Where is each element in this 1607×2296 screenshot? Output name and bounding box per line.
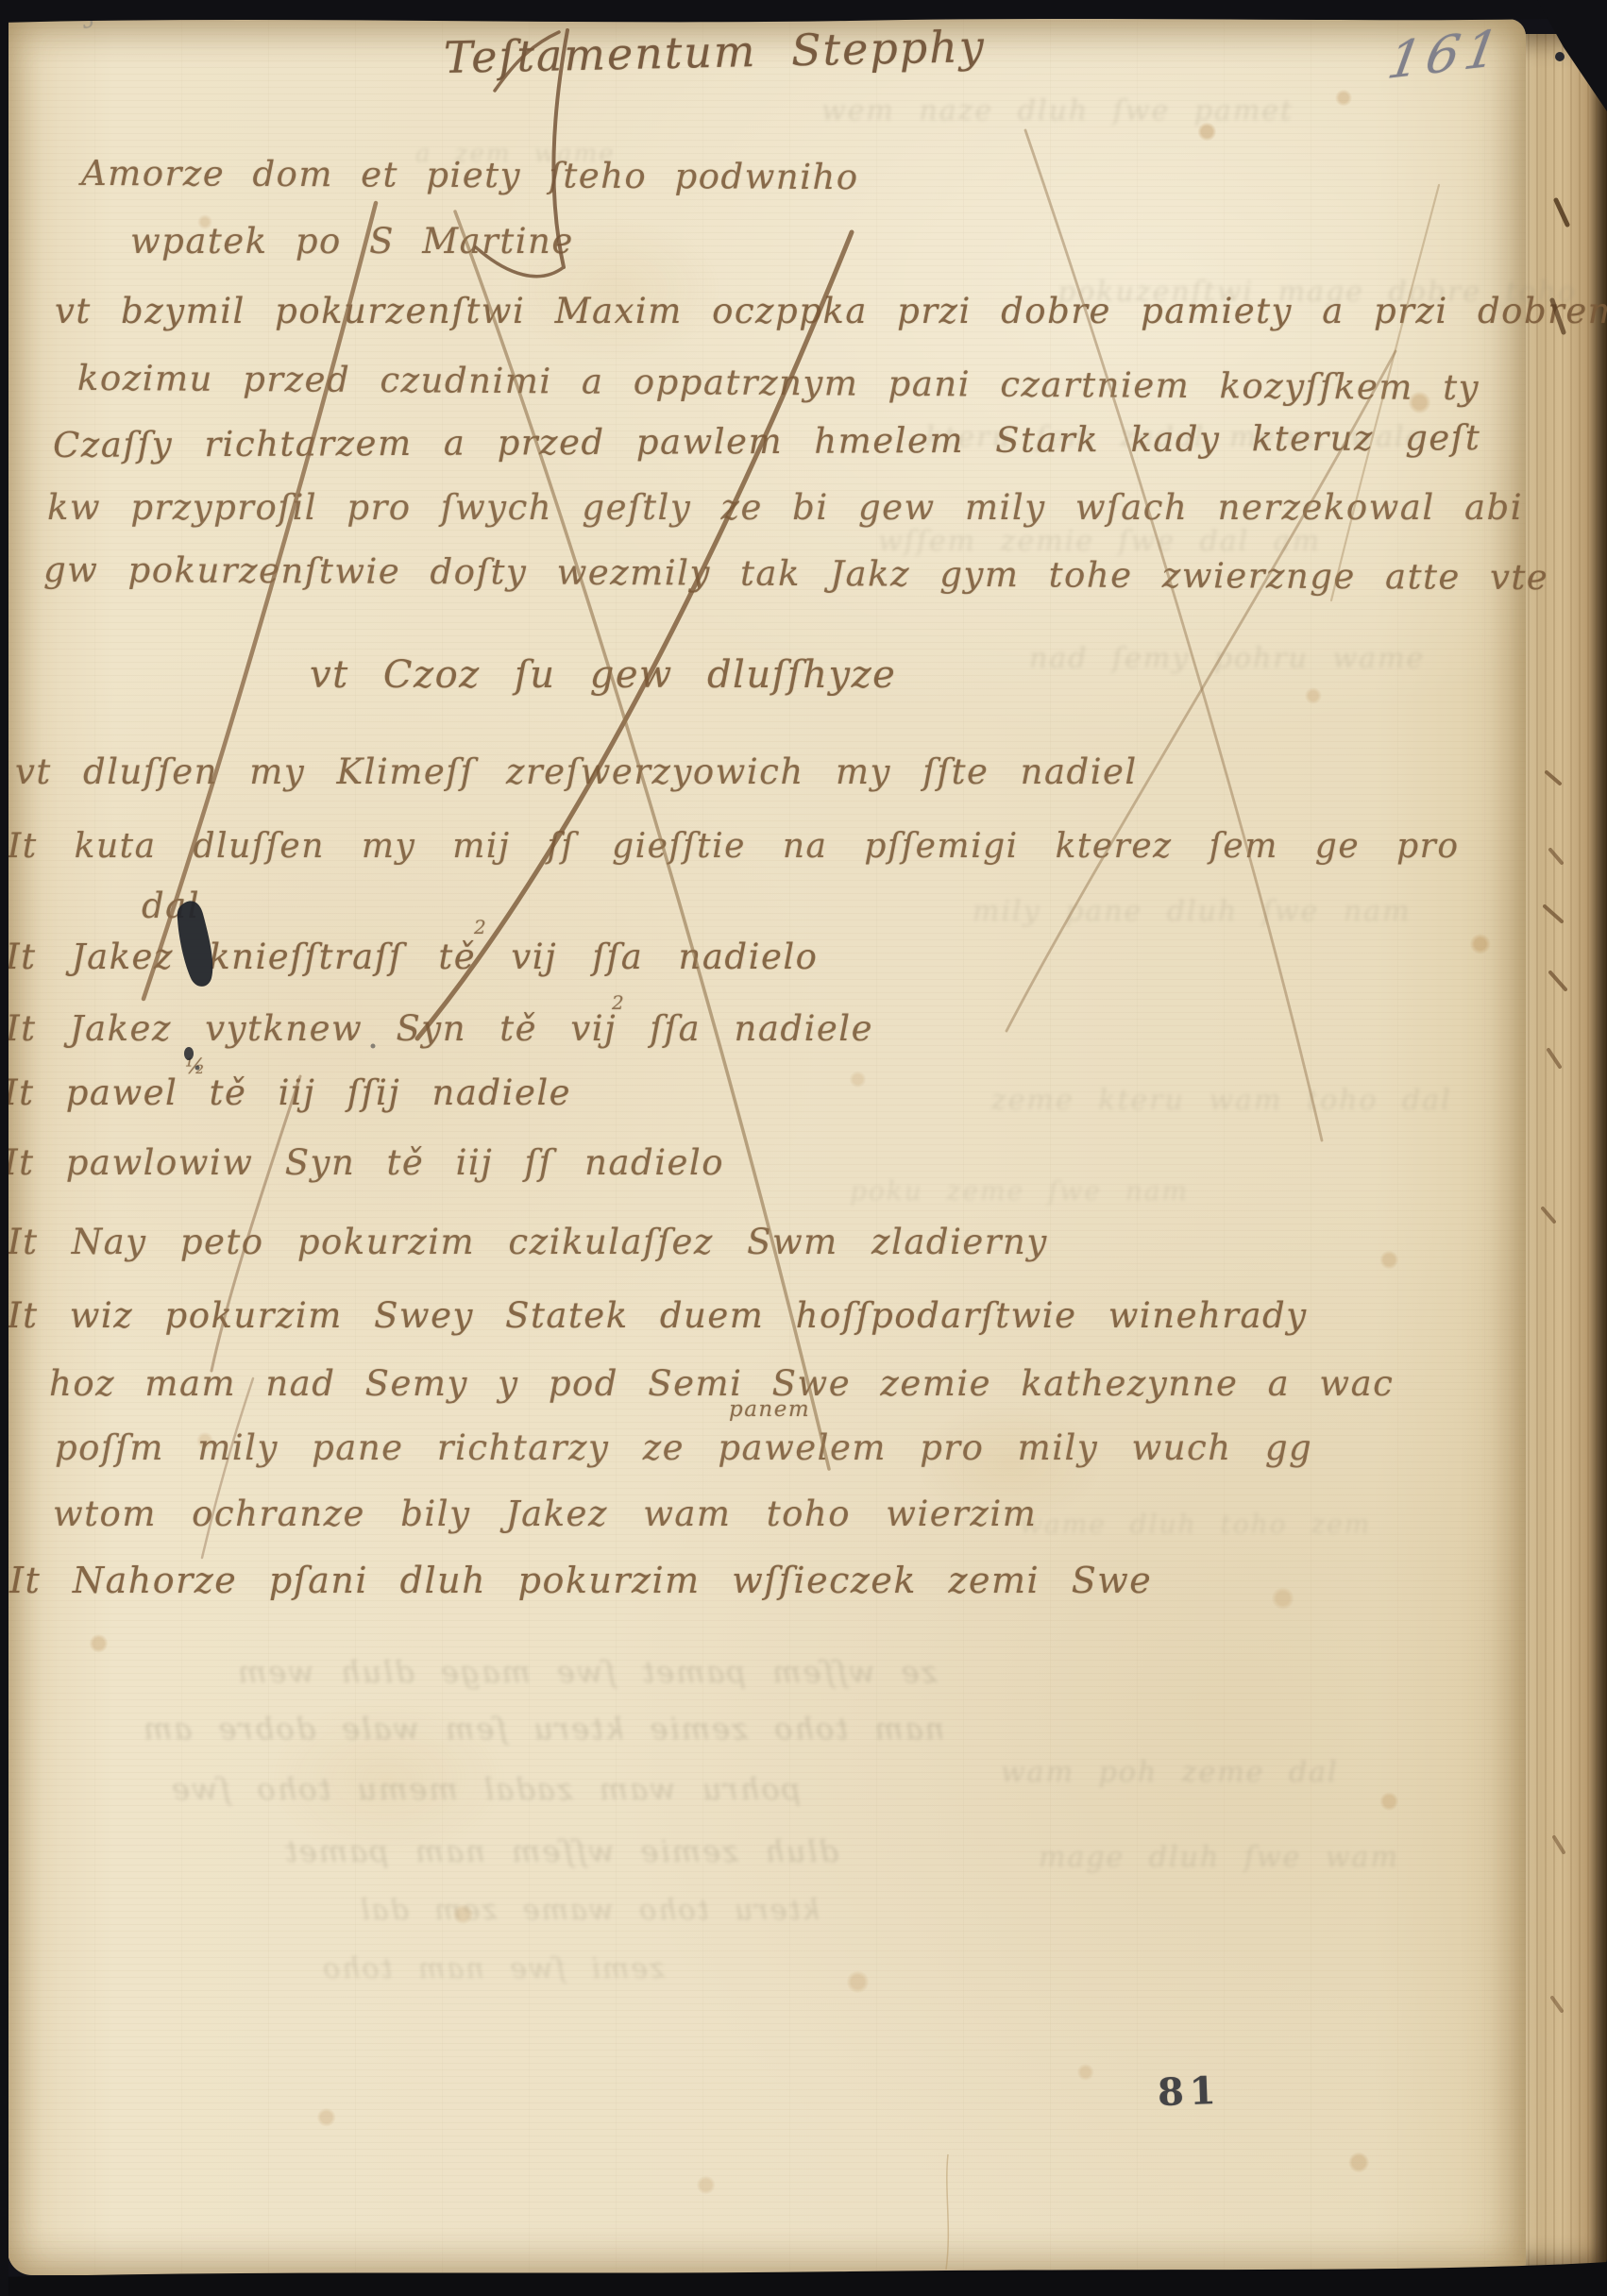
debt-item-continuation: dal: [142, 886, 200, 926]
ghost-text: nad ſemy pohru wame: [1029, 642, 1425, 675]
debt-item: It wiz pokurzim Swey Statek duem hoſſpod…: [8, 1295, 1308, 1336]
ghost-text: wem naze dluh ſwe pamet: [821, 94, 1294, 127]
opening-line: wpatek po S Martine: [130, 221, 574, 262]
ghost-text: mily pane dluh ſwe nam: [973, 895, 1412, 928]
body-line: Czaſſy richtarzem a przed pawlem hmelem …: [53, 417, 1481, 465]
debt-item: It Jakez vytknew Syn tě vij ſſa nadiele: [6, 1008, 873, 1049]
body-line: vt bzymil pokurzenſtwi Maxim oczppka prz…: [55, 291, 1607, 331]
debt-item: wtom ochranze bily Jakez wam toho wierzi…: [53, 1494, 1037, 1534]
ghost-text: pohru wam zadal memu toho ſwe: [170, 1771, 801, 1807]
ghost-text: wam poh zeme dal: [1001, 1756, 1339, 1789]
ghost-text: mage dluh ſwe wam: [1039, 1841, 1399, 1874]
opening-line: Amorze dom et piety ſteho podwniho: [81, 153, 859, 197]
ghost-text: zemi ſwe nam toho: [321, 1952, 665, 1985]
ghost-text: zeme kteru wam toho dal: [991, 1084, 1452, 1117]
debt-item: It Jakez knieſſtraſſ tě vij ſſa nadielo: [6, 937, 818, 977]
debt-item: It kuta dluſſen my mij ſſ gieſſtie na pſ…: [8, 827, 1460, 866]
ghost-text: kteru toho wame zem dal: [359, 1894, 820, 1927]
debt-item: vt dluſſen my Klimeſſ zreſwerzyowich my …: [15, 751, 1138, 792]
ghost-text: wſſem zemie ſwe dal am: [878, 525, 1321, 558]
archive-number: 81: [1157, 2068, 1222, 2115]
debt-item: It Nahorze pſani dluh pokurzim wſſieczek…: [9, 1560, 1152, 1601]
ghost-text: dluh zemie wſſem nam pamet: [283, 1833, 838, 1869]
debt-item: poſſm mily pane richtarzy ze pawelem pro…: [55, 1427, 1312, 1468]
debts-subheading: vt Czoz ſu gew dluſſhyze: [310, 653, 896, 697]
body-line: kw przyproſil pro ſwych geſtly ze bi gew…: [47, 487, 1523, 528]
body-line: gw pokurzenſtwie doſty wezmily tak Jakz …: [43, 549, 1548, 598]
ghost-text: nam toho zemie kteru ſem wale dobre am: [142, 1711, 944, 1747]
manuscript-scan: wem naze dluh ſwe pamet a zem wame pokuz…: [0, 0, 1607, 2296]
debt-item: It pawlowiw Syn tě iij ſſ nadielo: [4, 1142, 724, 1183]
ghost-text: ze wſſem pamet ſwe mage dluh wem: [236, 1654, 938, 1690]
debt-item: hoz mam nad Semy y pod Semi Swe zemie ka…: [49, 1363, 1394, 1404]
debt-item: It Nay peto pokurzim czikulaſſez Swm zla…: [8, 1222, 1048, 1262]
superscript-note: panem: [729, 1397, 810, 1422]
superscript-note: 2: [474, 916, 487, 938]
ghost-text: wame dluh toho zem: [1020, 1509, 1371, 1540]
ghost-text: poku zeme ſwe nam: [850, 1175, 1189, 1207]
debt-item: It pawel tě iij ſſij nadiele: [4, 1072, 571, 1113]
